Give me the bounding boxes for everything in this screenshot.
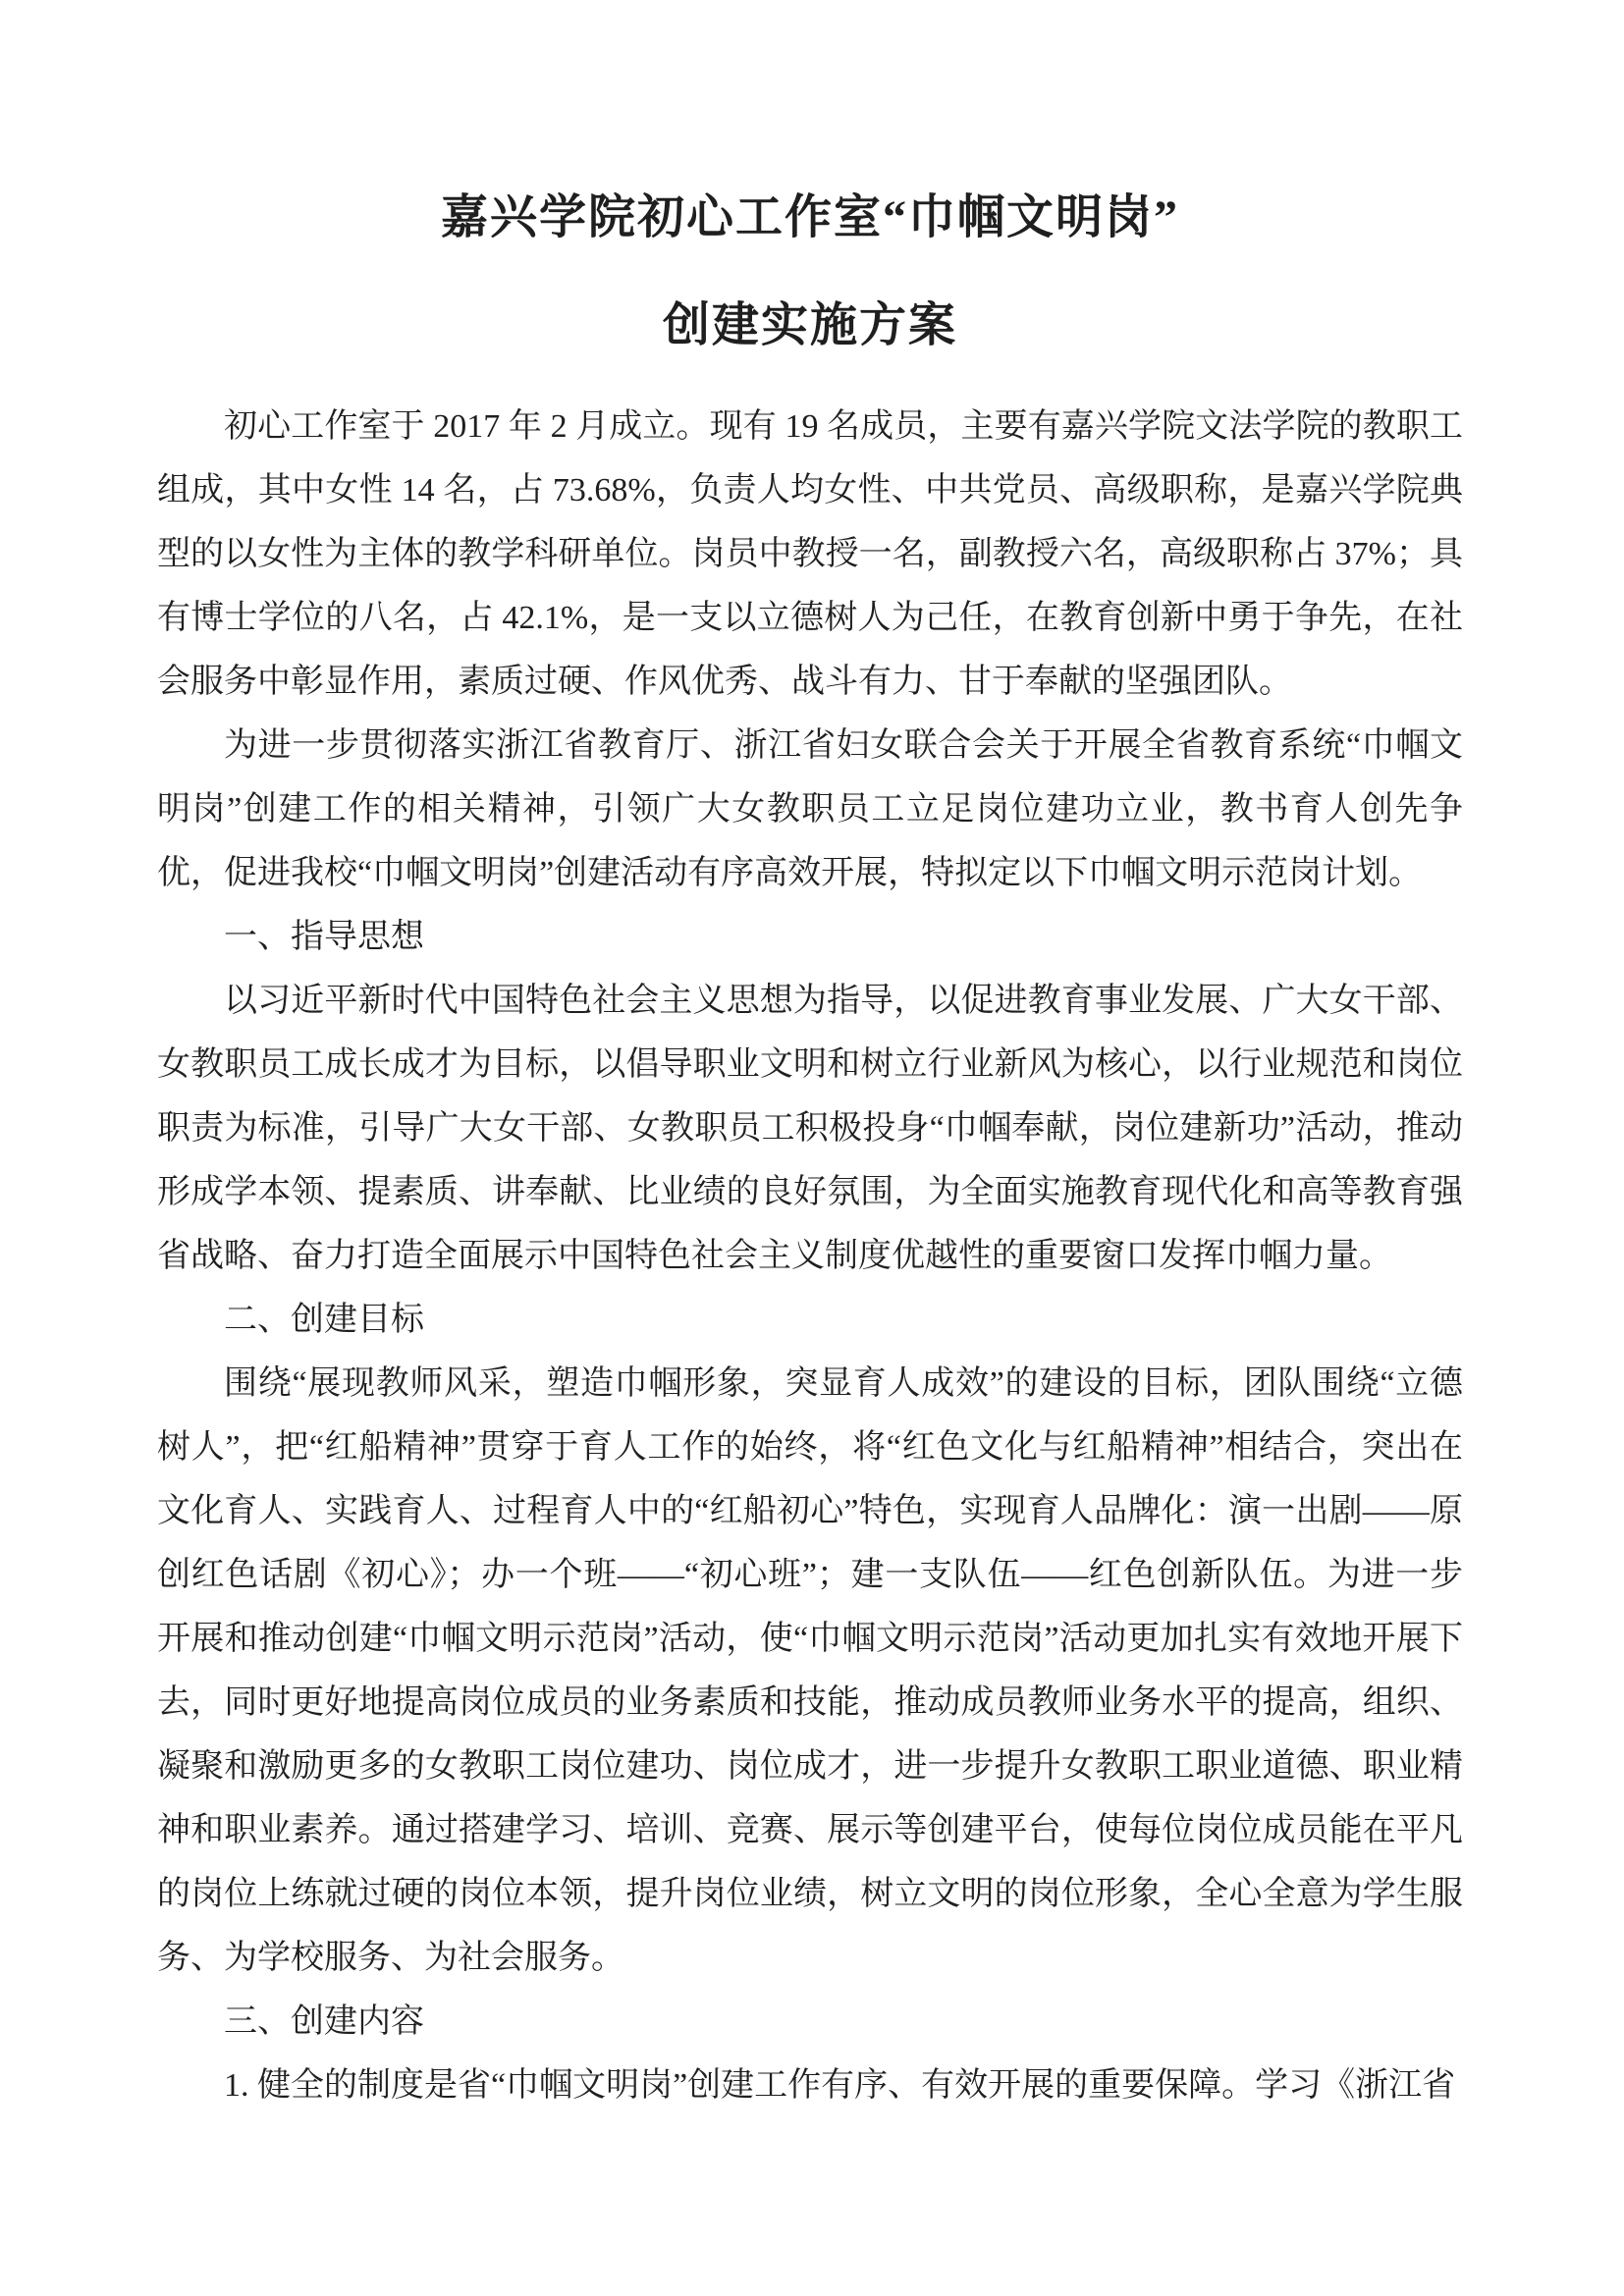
section-3-item-1: 1. 健全的制度是省“巾帼文明岗”创建工作有序、有效开展的重要保障。学习《浙江省 <box>157 2054 1463 2117</box>
section-2-paragraph: 围绕“展现教师风采，塑造巾帼形象，突显育人成效”的建设的目标，团队围绕“立德树人… <box>157 1352 1463 1990</box>
document-page: 嘉兴学院初心工作室“巾帼文明岗” 创建实施方案 初心工作室于 2017 年 2 … <box>0 0 1624 2296</box>
section-3-heading: 三、创建内容 <box>157 1990 1463 2054</box>
doc-title-line-2: 创建实施方案 <box>157 296 1463 355</box>
document-body: 初心工作室于 2017 年 2 月成立。现有 19 名成员，主要有嘉兴学院文法学… <box>157 395 1463 2117</box>
section-1-paragraph: 以习近平新时代中国特色社会主义思想为指导，以促进教育事业发展、广大女干部、女教职… <box>157 969 1463 1288</box>
section-1-heading: 一、指导思想 <box>157 905 1463 969</box>
intro-paragraph: 初心工作室于 2017 年 2 月成立。现有 19 名成员，主要有嘉兴学院文法学… <box>157 395 1463 714</box>
document-content: 嘉兴学院初心工作室“巾帼文明岗” 创建实施方案 初心工作室于 2017 年 2 … <box>0 0 1624 2117</box>
doc-title-line-1: 嘉兴学院初心工作室“巾帼文明岗” <box>157 188 1463 247</box>
background-paragraph: 为进一步贯彻落实浙江省教育厅、浙江省妇女联合会关于开展全省教育系统“巾帼文明岗”… <box>157 714 1463 905</box>
section-2-heading: 二、创建目标 <box>157 1288 1463 1352</box>
